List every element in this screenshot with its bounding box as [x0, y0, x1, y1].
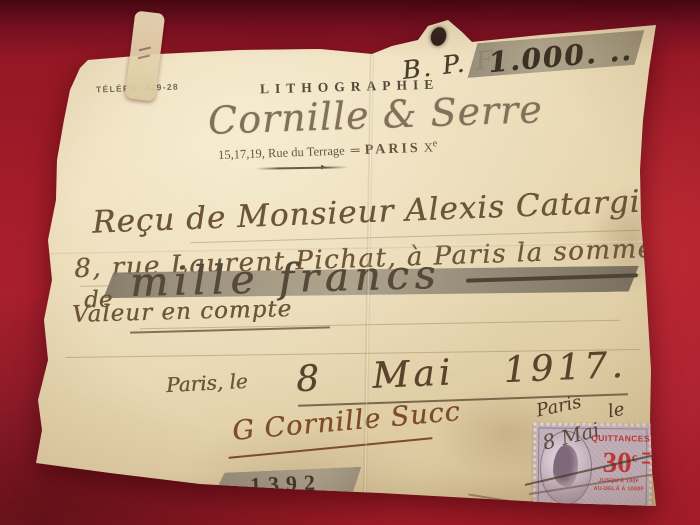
- cancellation-stroke: [468, 494, 537, 507]
- stamp-denomination: 30c: [591, 442, 649, 478]
- serial-value: 1392: [209, 467, 362, 501]
- dateline-place: Paris, le: [165, 369, 248, 397]
- photo-scene: TÉLÉPH. 429-28 B. P. F. 1.000. .. LITHOG…: [0, 0, 700, 525]
- address-street: 15,17,19, Rue du Terrage: [218, 144, 345, 162]
- serial-band: 1392: [209, 467, 362, 502]
- address-district: X: [424, 140, 434, 154]
- serial-label: N°: [155, 480, 186, 507]
- address-city: PARIS: [365, 141, 421, 158]
- handwritten-valeur: Valeur en compte: [72, 296, 293, 328]
- address-line: 15,17,19, Rue du Terrage ═ PARIS Xe: [218, 138, 438, 164]
- company-name: Cornille & Serre: [207, 87, 543, 143]
- stamp-small-text-2: AU-DELÀ À 1000F: [590, 486, 647, 492]
- receipt-paper-wrap: TÉLÉPH. 429-28 B. P. F. 1.000. .. LITHOG…: [0, 0, 700, 525]
- cancellation-word-2: le: [606, 399, 626, 423]
- fragment-mark: [139, 47, 151, 52]
- receipt-paper: TÉLÉPH. 429-28 B. P. F. 1.000. .. LITHOG…: [0, 0, 700, 525]
- header-flourish-rule: [256, 166, 348, 170]
- bpf-amount-value: 1.000. ..: [487, 34, 634, 79]
- torn-notch-spot: [428, 25, 448, 48]
- address-district-sup: e: [433, 138, 438, 149]
- address-separator: ═: [351, 143, 359, 157]
- fragment-mark: [138, 55, 150, 60]
